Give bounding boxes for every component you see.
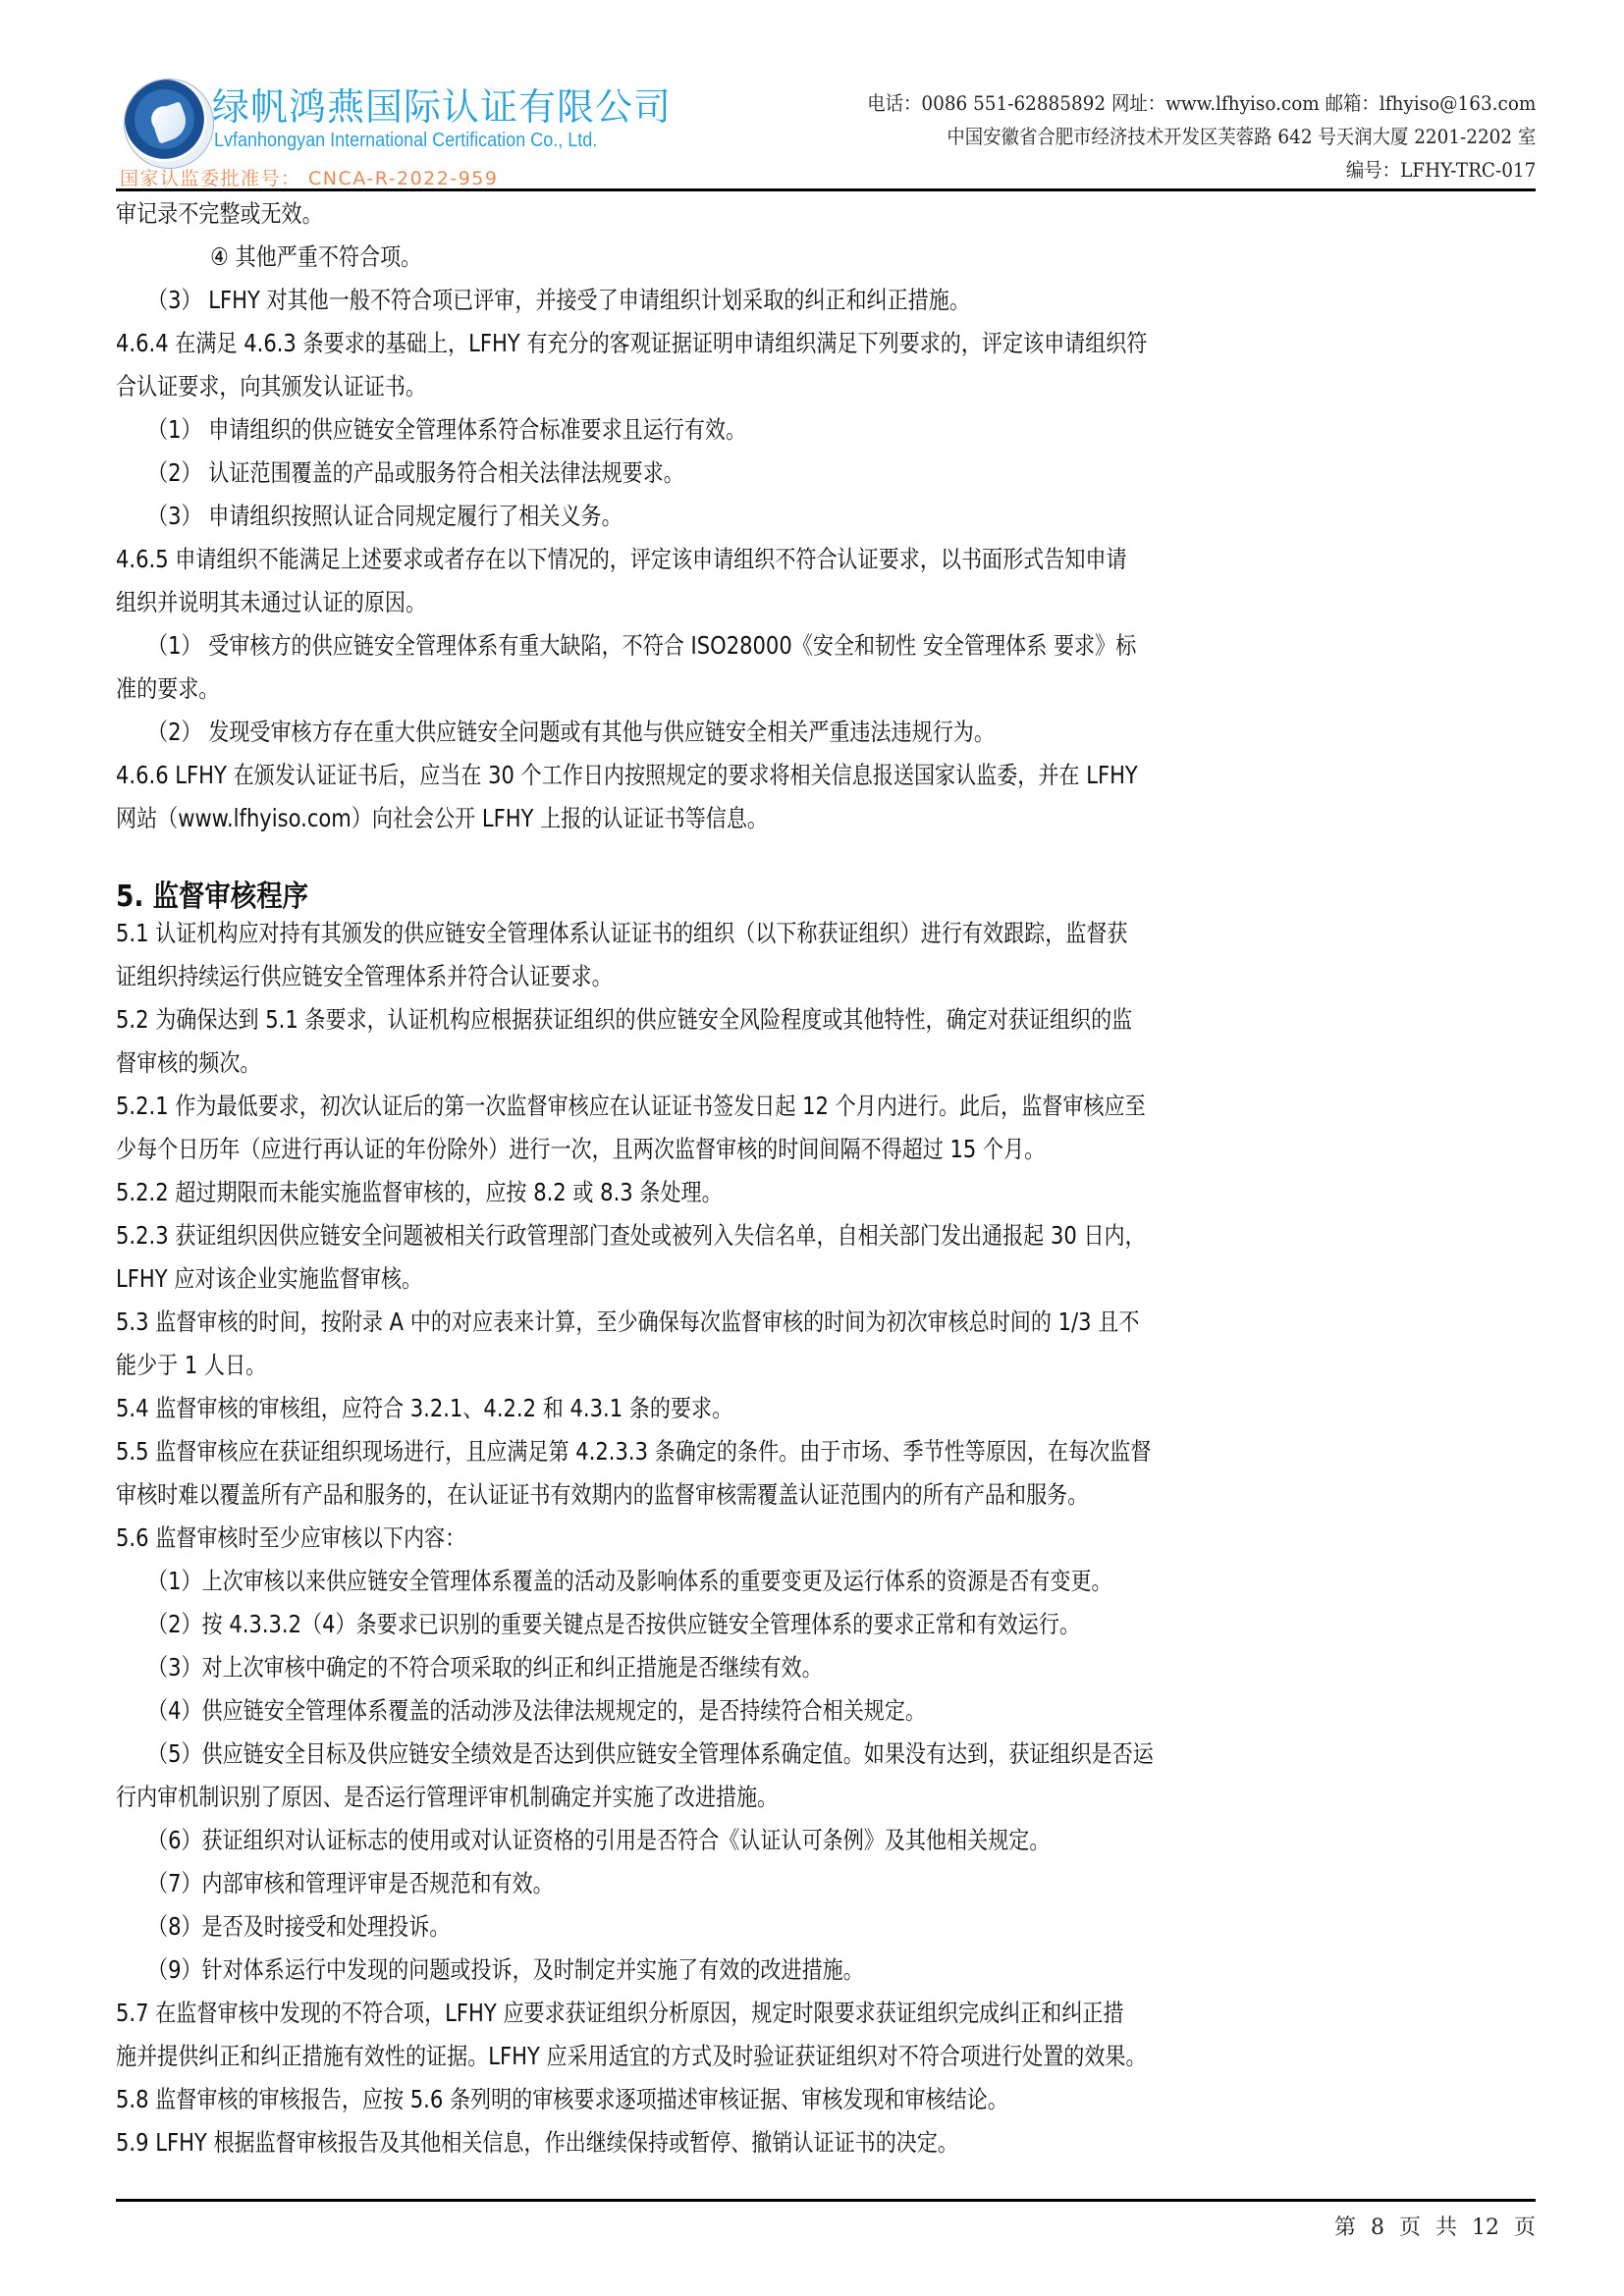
body-line: 证组织持续运行供应链安全管理体系并符合认证要求。 — [116, 962, 613, 991]
body-line: 组织并说明其未通过认证的原因。 — [116, 588, 426, 617]
clause-5-4: 5.4 监督审核的审核组，应符合 3.2.1、4.2.2 和 4.3.1 条的要… — [116, 1394, 732, 1423]
company-logo-icon — [124, 79, 214, 169]
list-item: （2） 认证范围覆盖的产品或服务符合相关法律法规要求。 — [147, 458, 684, 488]
list-item: （2）按 4.3.3.2（4）条要求已识别的重要关键点是否按供应链安全管理体系的… — [147, 1610, 1080, 1639]
list-item: （3） 申请组织按照认证合同规定履行了相关义务。 — [147, 502, 623, 531]
clause-4-6-5: 4.6.5 申请组织不能满足上述要求或者存在以下情况的，评定该申请组织不符合认证… — [116, 545, 1127, 574]
body-line: 审核时难以覆盖所有产品和服务的，在认证证书有效期内的监督审核需覆盖认证范围内的所… — [116, 1480, 1088, 1510]
list-item: （9）针对体系运行中发现的问题或投诉，及时制定并实施了有效的改进措施。 — [147, 1955, 864, 1985]
clause-5-2-2: 5.2.2 超过期限而未能实施监督审核的，应按 8.2 或 8.3 条处理。 — [116, 1178, 723, 1207]
body-line: （3） LFHY 对其他一般不符合项已评审，并接受了申请组织计划采取的纠正和纠正… — [147, 286, 970, 315]
body-line: 审记录不完整或无效。 — [116, 199, 323, 229]
body-line: 能少于 1 人日。 — [116, 1351, 266, 1380]
page-header: 绿帆鸿燕国际认证有限公司 Lvfanhongyan International … — [116, 75, 1536, 188]
clause-5-8: 5.8 监督审核的审核报告，应按 5.6 条列明的审核要求逐项描述审核证据、审核… — [116, 2085, 1008, 2114]
clause-5-9: 5.9 LFHY 根据监督审核报告及其他相关信息，作出继续保持或暂停、撤销认证证… — [116, 2128, 958, 2158]
approval-number: 国家认监委批准号： CNCA-R-2022-959 — [120, 164, 499, 190]
body-line: 施并提供纠正和纠正措施有效性的证据。LFHY 应采用适宜的方式及时验证获证组织对… — [116, 2042, 1147, 2071]
list-item: （6）获证组织对认证标志的使用或对认证资格的引用是否符合《认证认可条例》及其他相… — [147, 1826, 1050, 1855]
body-line: 合认证要求，向其颁发认证证书。 — [116, 372, 426, 401]
clause-5-1: 5.1 认证机构应对持有其颁发的供应链安全管理体系认证证书的组织（以下称获证组织… — [116, 919, 1127, 948]
body-line: 准的要求。 — [116, 674, 219, 704]
list-item: （1）上次审核以来供应链安全管理体系覆盖的活动及影响体系的重要变更及运行体系的资… — [147, 1567, 1112, 1596]
contact-block: 电话：0086 551-62885892 网址：www.lfhyiso.com … — [809, 86, 1536, 187]
page-number: 第 8 页 共 12 页 — [1334, 2211, 1536, 2241]
list-item: （1） 申请组织的供应链安全管理体系符合标准要求且运行有效。 — [147, 415, 746, 445]
list-item: （7）内部审核和管理评审是否规范和有效。 — [147, 1869, 554, 1898]
swoosh-icon — [148, 101, 191, 144]
clause-5-6: 5.6 监督审核时至少应审核以下内容： — [116, 1523, 465, 1553]
footer-divider — [116, 2199, 1536, 2202]
company-name-en: Lvfanhongyan International Certification… — [214, 130, 597, 152]
section-heading: 5. 监督审核程序 — [116, 872, 308, 915]
body-line: 少每个日历年（应进行再认证的年份除外）进行一次，且两次监督审核的时间间隔不得超过… — [116, 1135, 1045, 1164]
clause-5-2-1: 5.2.1 作为最低要求，初次认证后的第一次监督审核应在认证证书签发日起 12 … — [116, 1092, 1146, 1121]
company-name-cn: 绿帆鸿燕国际认证有限公司 — [212, 77, 672, 131]
header-divider — [116, 188, 1536, 191]
document-number: 编号：LFHY-TRC-017 — [867, 153, 1536, 187]
list-item: （8）是否及时接受和处理投诉。 — [147, 1912, 450, 1942]
list-item: （3）对上次审核中确定的不符合项采取的纠正和纠正措施是否继续有效。 — [147, 1653, 823, 1682]
clause-5-7: 5.7 在监督审核中发现的不符合项，LFHY 应要求获证组织分析原因，规定时限要… — [116, 1999, 1124, 2028]
clause-5-2-3: 5.2.3 获证组织因供应链安全问题被相关行政管理部门查处或被列入失信名单，自相… — [116, 1221, 1146, 1251]
list-item: （1） 受审核方的供应链安全管理体系有重大缺陷，不符合 ISO28000《安全和… — [147, 631, 1136, 661]
body-line: LFHY 应对该企业实施监督审核。 — [116, 1264, 422, 1294]
clause-4-6-4: 4.6.4 在满足 4.6.3 条要求的基础上，LFHY 有充分的客观证据证明申… — [116, 329, 1147, 358]
clause-5-5: 5.5 监督审核应在获证组织现场进行，且应满足第 4.2.3.3 条确定的条件。… — [116, 1437, 1151, 1467]
clause-4-6-6: 4.6.6 LFHY 在颁发认证证书后，应当在 30 个工作日内按照规定的要求将… — [116, 761, 1138, 790]
clause-5-2: 5.2 为确保达到 5.1 条要求，认证机构应根据获证组织的供应链安全风险程度或… — [116, 1005, 1132, 1035]
body-line: ④ 其他严重不符合项。 — [210, 242, 421, 272]
list-item: （2） 发现受审核方存在重大供应链安全问题或有其他与供应链安全相关严重违法违规行… — [147, 718, 995, 747]
body-line: 督审核的频次。 — [116, 1048, 260, 1078]
list-item: （5）供应链安全目标及供应链安全绩效是否达到供应链安全管理体系确定值。如果没有达… — [147, 1739, 1154, 1769]
contact-line: 电话：0086 551-62885892 网址：www.lfhyiso.com … — [867, 86, 1536, 120]
clause-5-3: 5.3 监督审核的时间，按附录 A 中的对应表来计算，至少确保每次监督审核的时间… — [116, 1308, 1139, 1337]
list-item: （4）供应链安全管理体系覆盖的活动涉及法律法规规定的，是否持续符合相关规定。 — [147, 1696, 926, 1726]
body-line: 网站（www.lfhyiso.com）向社会公开 LFHY 上报的认证证书等信息… — [116, 804, 768, 833]
address-line: 中国安徽省合肥市经济技术开发区芙蓉路 642 号天润大厦 2201-2202 室 — [867, 120, 1536, 153]
body-line: 行内审机制识别了原因、是否运行管理评审机制确定并实施了改进措施。 — [116, 1783, 778, 1812]
document-page: 绿帆鸿燕国际认证有限公司 Lvfanhongyan International … — [0, 0, 1624, 2296]
